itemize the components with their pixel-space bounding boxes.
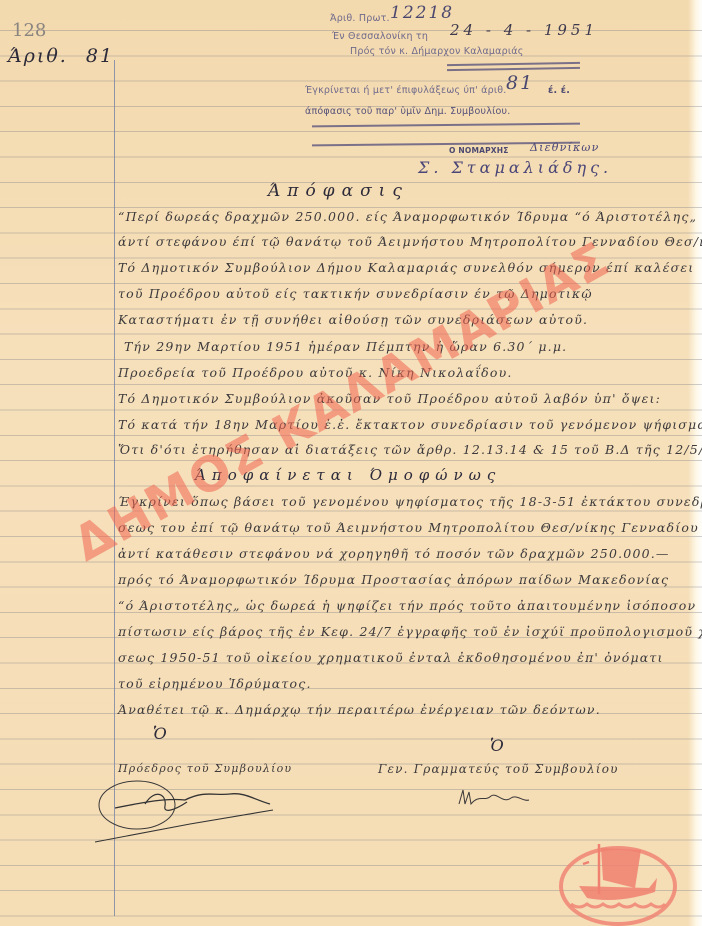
protocol-number: 12218 (390, 3, 454, 23)
president-mark: Ὁ (153, 724, 168, 743)
date-handwritten: 24 - 4 - 1951 (450, 21, 598, 39)
recipient-line: Πρός τόν κ. Δήμαρχον Καλαμαριάς (350, 46, 524, 57)
city-line: Έν Θεσσαλονίκη τη (332, 31, 428, 42)
prefect-handwritten: Διεθνίκων (530, 141, 599, 154)
secretary-mark: Ὁ (490, 736, 505, 755)
decision-line: σεως του ἐπί τῷ θανάτῳ τοῦ Άειμνήστου Μη… (118, 520, 699, 535)
protocol-label: Άριθ. Πρωτ. (330, 13, 390, 24)
decision-line: Άναθέτει τῷ κ. Δημάρχῳ τήν περαιτέρω ἐνέ… (118, 702, 601, 717)
decision-line: ἀντί κατάθεσιν στεφάνου νά χορηγηθῆ τό π… (118, 546, 670, 561)
page-number: 128 (12, 20, 46, 41)
body-line: Τό κατά τήν 18ην Μαρτίου ἐ.ἐ. ἔκτακτον σ… (118, 417, 702, 432)
decision-line: τοῦ εἰρημένου Ἱδρύματος. (118, 676, 312, 691)
record-label: Άριθ. 81 (8, 45, 114, 67)
record-number: 81 (86, 45, 114, 67)
body-line: “Περί δωρεάς δραχμῶν 250.000. είς Άναμορ… (118, 209, 697, 224)
approval-line-1: Έγκρίνεται ή μετ' έπιφυλάξεως ύπ' άριθ. (305, 85, 506, 96)
decision-line: “ό Άριστοτέλης„ ὡς δωρεά ἡ ψηφίζει τήν π… (118, 598, 696, 613)
ledger-page: 128 Άριθ. 81 Άριθ. Πρωτ. 12218 Έν Θεσσαλ… (0, 0, 702, 926)
secretary-label: Γεν. Γραμματεύς τοῦ Συμβουλίου (378, 762, 619, 776)
decision-line: σεως 1950-51 τοῦ οἰκείου χρηματικοῦ ἐντα… (118, 650, 664, 665)
approval-number: 81 (506, 72, 534, 94)
prefect-name: Σ. Σταμαλιάδης. (418, 158, 612, 177)
decision-line: πίστωσιν είς βάρος τῆς ἐν Κεφ. 24/7 ἐγγρ… (118, 624, 702, 639)
record-label-text: Άριθ. (8, 45, 68, 67)
approval-line-2: άπόφασις τοῦ παρ' ὑμῖν Δημ. Συμβουλίου. (305, 106, 510, 117)
document-title: Άπόφασις (268, 181, 409, 201)
ancient-ship-icon (557, 838, 679, 926)
approval-suffix: έ. έ. (548, 85, 570, 96)
prefect-title: Ο ΝΟΜΑΡΧΗΣ (449, 146, 509, 155)
president-label: Πρόεδρος τοῦ Συμβουλίου (118, 762, 292, 775)
decision-line: πρός τό Άναμορφωτικόν Ίδρυμα Προστασίας … (118, 572, 669, 587)
body-line: άντί στεφάνου έπί τῷ θανάτῳ τοῦ Άειμνήστ… (118, 234, 702, 249)
